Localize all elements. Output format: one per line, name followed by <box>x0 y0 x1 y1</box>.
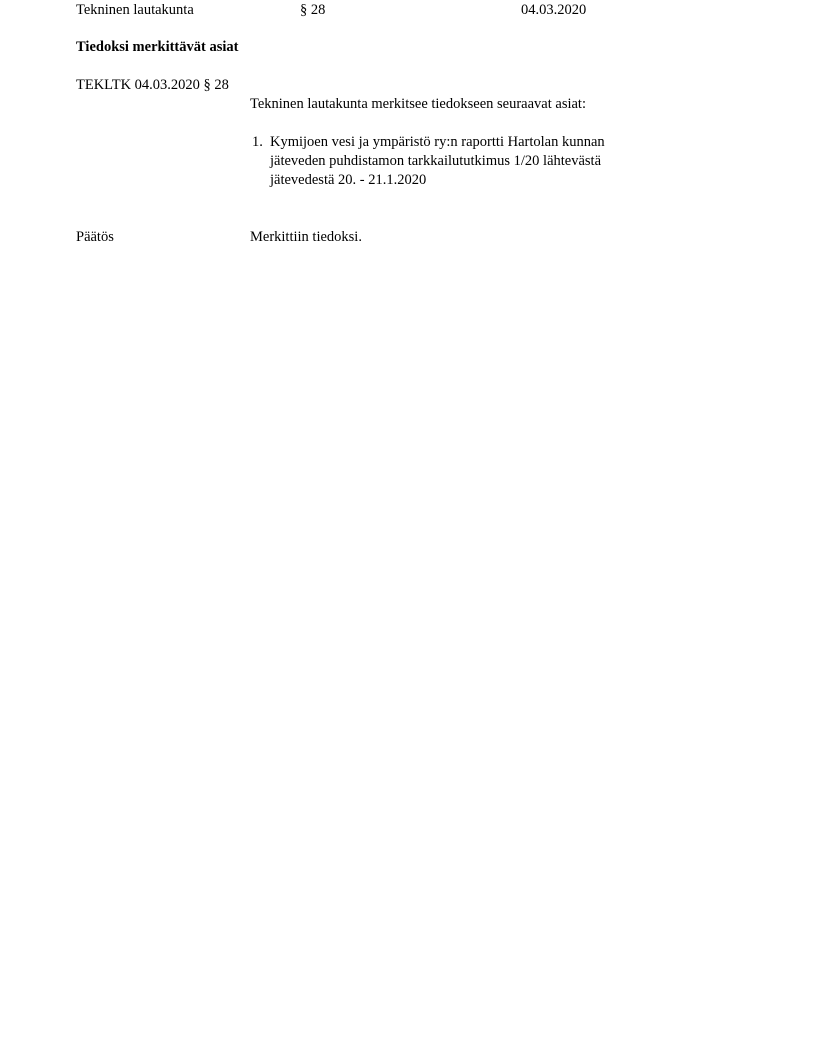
page-title: Tiedoksi merkittävät asiat <box>76 38 238 57</box>
header-date: 04.03.2020 <box>521 1 586 20</box>
decision-label: Päätös <box>76 228 114 247</box>
list-item-line: jätevedestä 20. - 21.1.2020 <box>270 171 650 190</box>
decision-text: Merkittiin tiedoksi. <box>250 228 362 247</box>
intro-text: Tekninen lautakunta merkitsee tiedokseen… <box>250 95 586 114</box>
meeting-reference: TEKLTK 04.03.2020 § 28 <box>76 76 229 95</box>
list-item-line: Kymijoen vesi ja ympäristö ry:n raportti… <box>270 133 650 152</box>
list-item-number: 1. <box>252 133 263 152</box>
item-list: 1. Kymijoen vesi ja ympäristö ry:n rapor… <box>250 133 650 190</box>
header-body-name: Tekninen lautakunta <box>76 1 194 20</box>
list-item-line: jäteveden puhdistamon tarkkailututkimus … <box>270 152 650 171</box>
list-item: 1. Kymijoen vesi ja ympäristö ry:n rapor… <box>250 133 650 190</box>
header-section: § 28 <box>300 1 325 20</box>
